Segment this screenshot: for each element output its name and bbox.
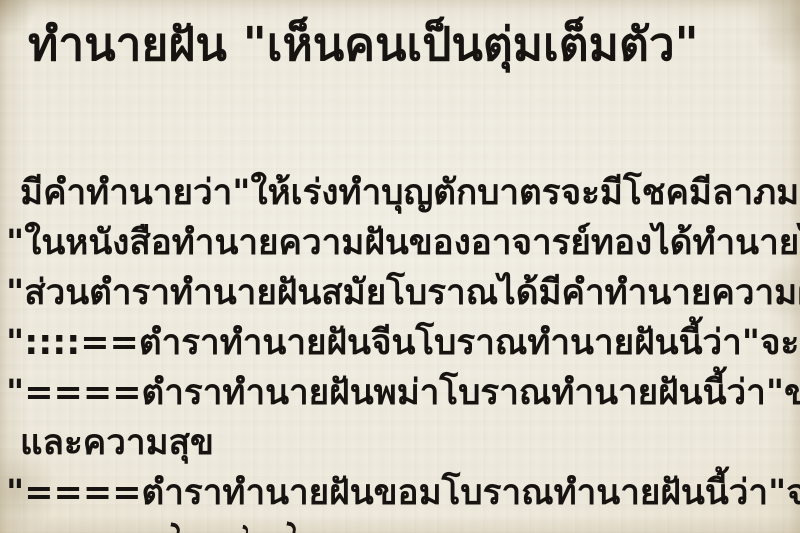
dream-text-line: "::::==ตำราทำนายฝันจีนโบราณทำนายฝันนี้ว่… (6, 318, 800, 368)
dream-text-line: "====ตำราทำนายฝันพม่าโบราณทำนายฝันนี้ว่า… (6, 368, 800, 418)
dream-text-line: "ส่วนตำราทำนายฝันสมัยโบราณได้มีคำทำนายคว… (6, 268, 800, 318)
dream-text-line: "====ตำราทำนายฝันขอมโบราณทำนายฝันนี้ว่า"… (6, 468, 800, 518)
page-title: ทำนายฝัน "เห็นคนเป็นตุ่มเต็มตัว" (28, 12, 699, 76)
dream-interpretation-text: มีคำทำนายว่า"ให้เร่งทำบุญตักบาตรจะมีโชคม… (6, 168, 800, 518)
clipped-line-tone-mark (169, 522, 181, 533)
clipped-line-tone-mark (285, 521, 297, 533)
clipped-line-tone-mark (241, 525, 249, 533)
dream-text-line: "ในหนังสือทำนายความฝันของอาจารย์ทองได้ทำ… (6, 218, 800, 268)
parchment-page: ทำนายฝัน "เห็นคนเป็นตุ่มเต็มตัว" มีคำทำน… (0, 0, 800, 533)
dream-text-line: มีคำทำนายว่า"ให้เร่งทำบุญตักบาตรจะมีโชคม… (6, 168, 800, 218)
dream-text-line: และความสุข (6, 418, 800, 468)
